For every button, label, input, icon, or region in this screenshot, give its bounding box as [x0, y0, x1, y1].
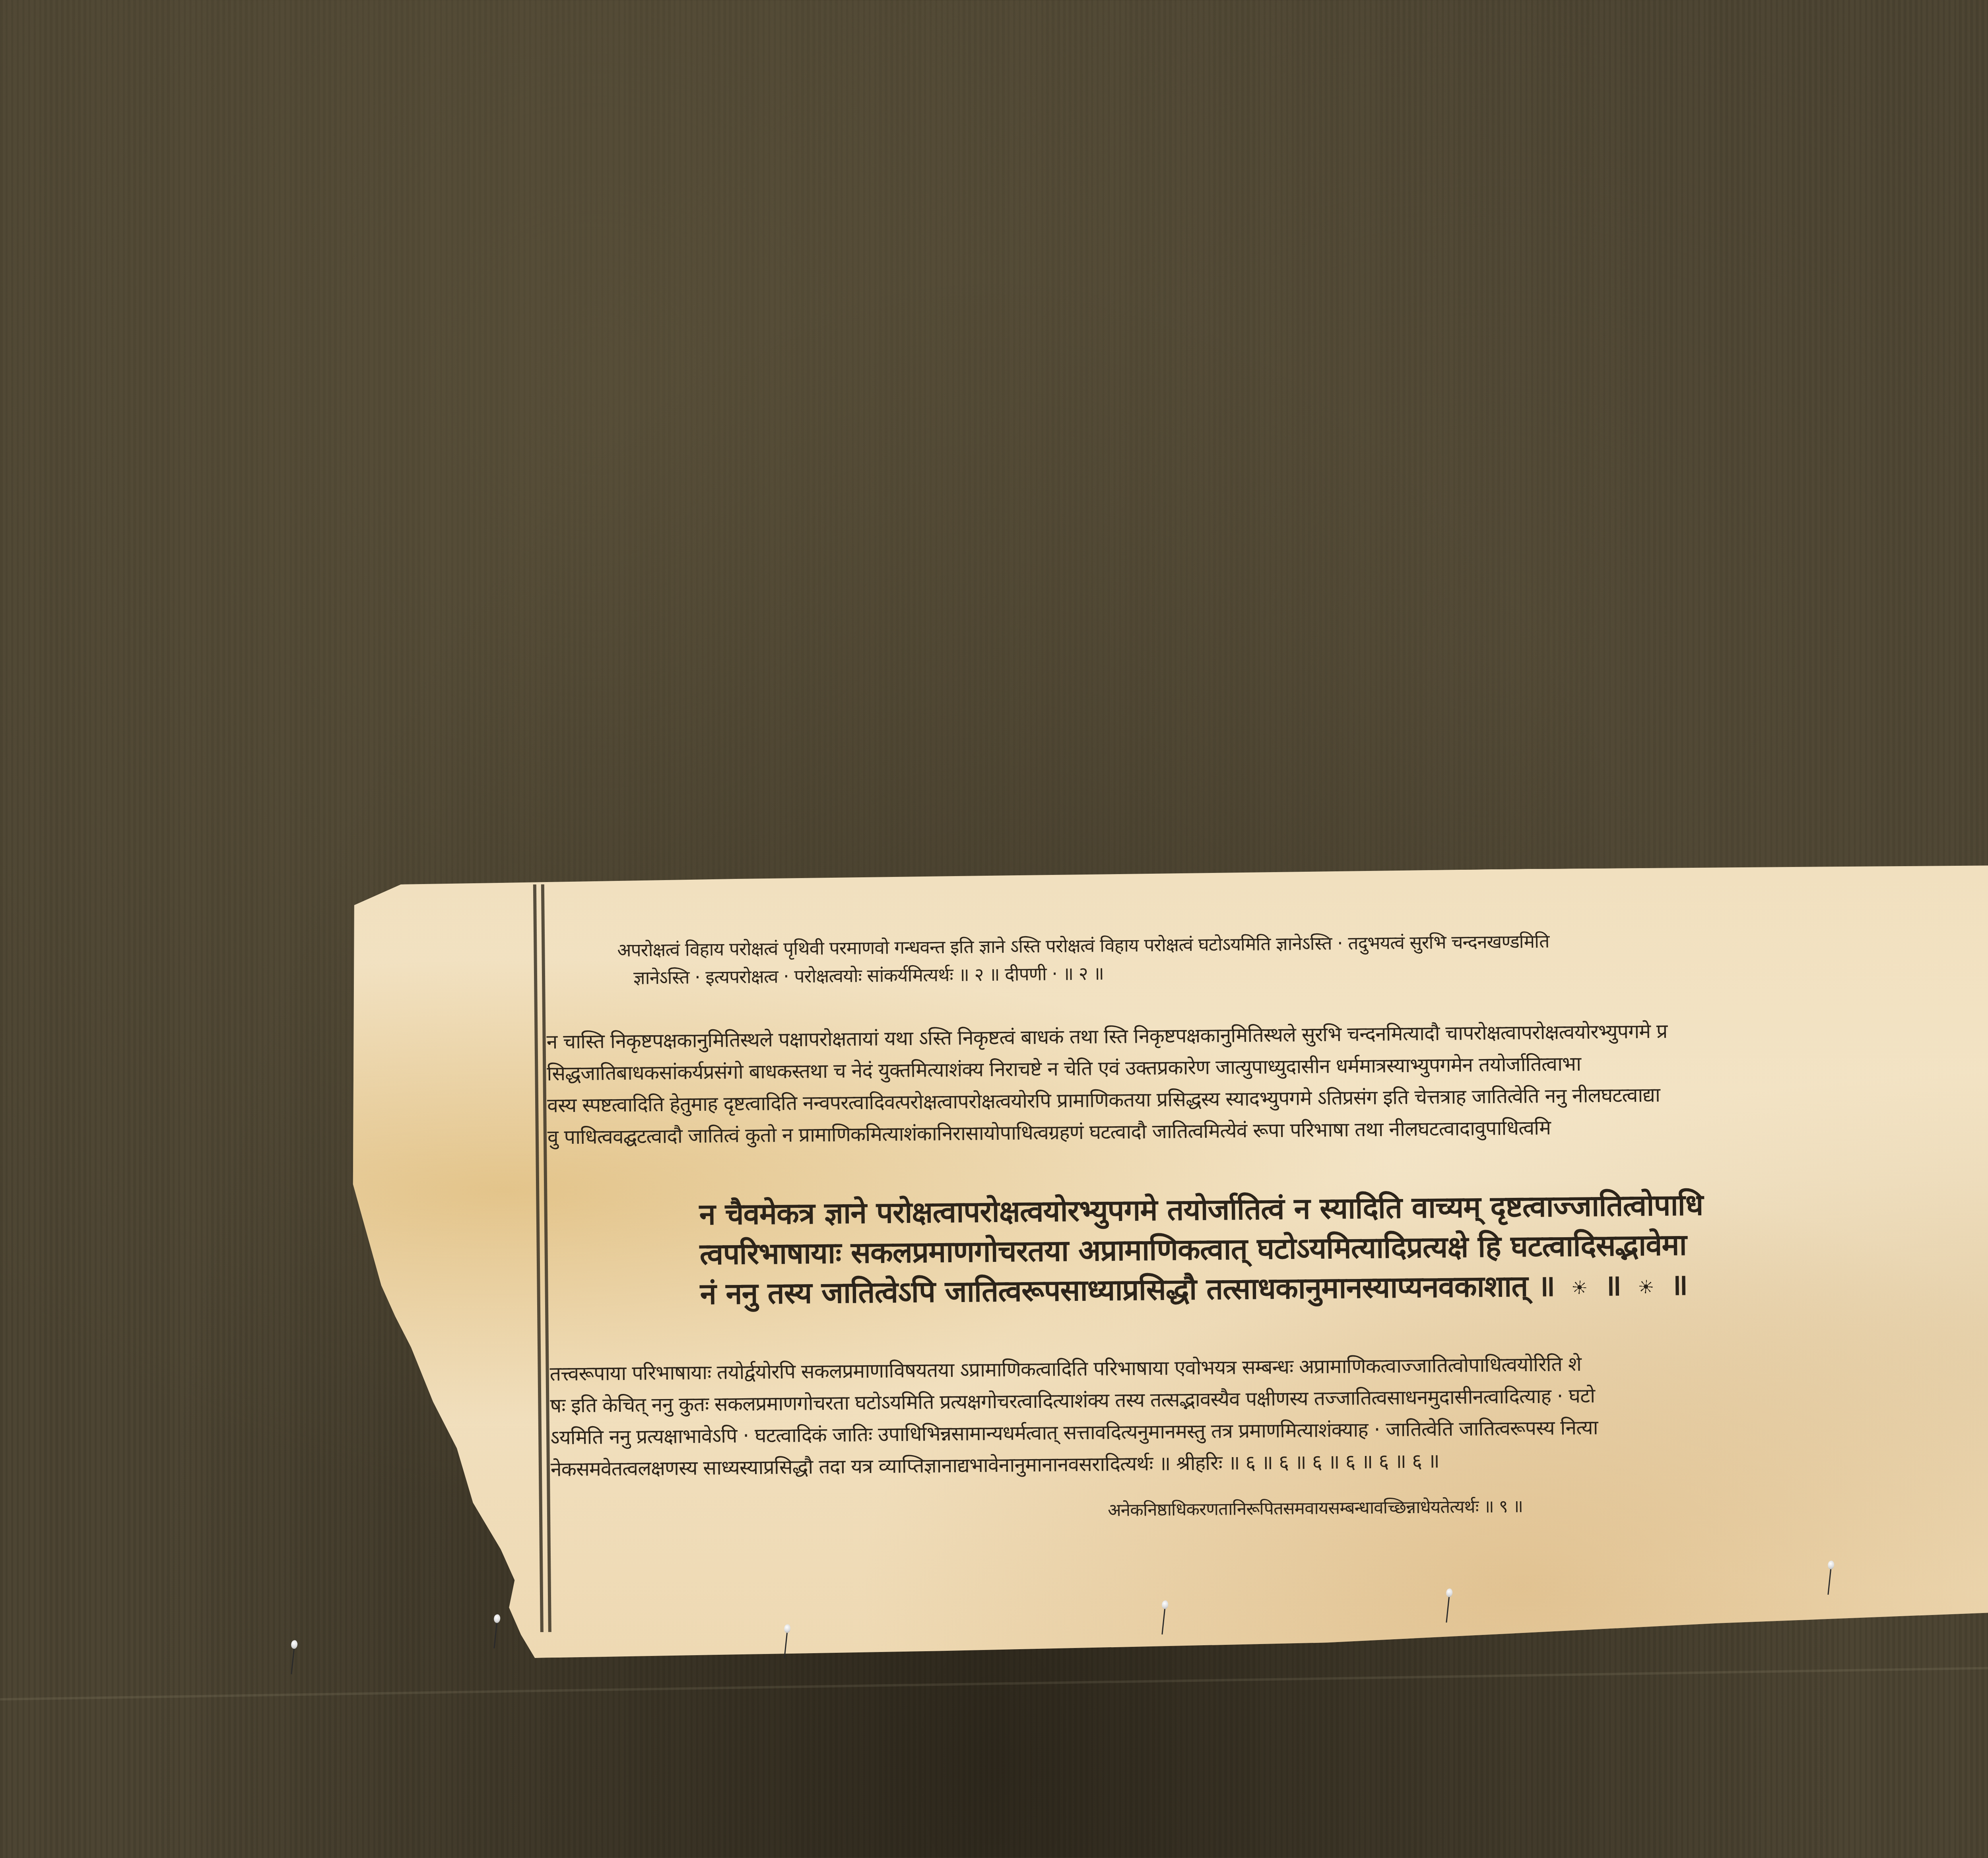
header-line-2: ज्ञानेऽस्ति · इत्यपरोक्षत्व · परोक्षत्वय… — [633, 960, 1104, 989]
main-text-line-3-body: नं ननु तस्य जातित्वेऽपि जातित्वरूपसाध्या… — [700, 1269, 1555, 1311]
footer-line: अनेकनिष्ठाधिकरणतानिरूपितसमवायसम्बन्धावच्… — [1108, 1493, 1523, 1521]
verse-end-mark: ॥ — [1604, 1268, 1621, 1302]
verse-end-mark: ॥ — [1670, 1267, 1687, 1302]
backdrop-seam — [0, 1654, 1988, 1701]
rosette-ornament-icon — [1639, 1280, 1652, 1294]
manuscript-folio: अपरोक्षत्वं विहाय परोक्षत्वं पृथिवी परमा… — [346, 862, 1988, 1660]
pin-icon — [291, 1646, 295, 1674]
rosette-ornament-icon — [1573, 1281, 1586, 1294]
